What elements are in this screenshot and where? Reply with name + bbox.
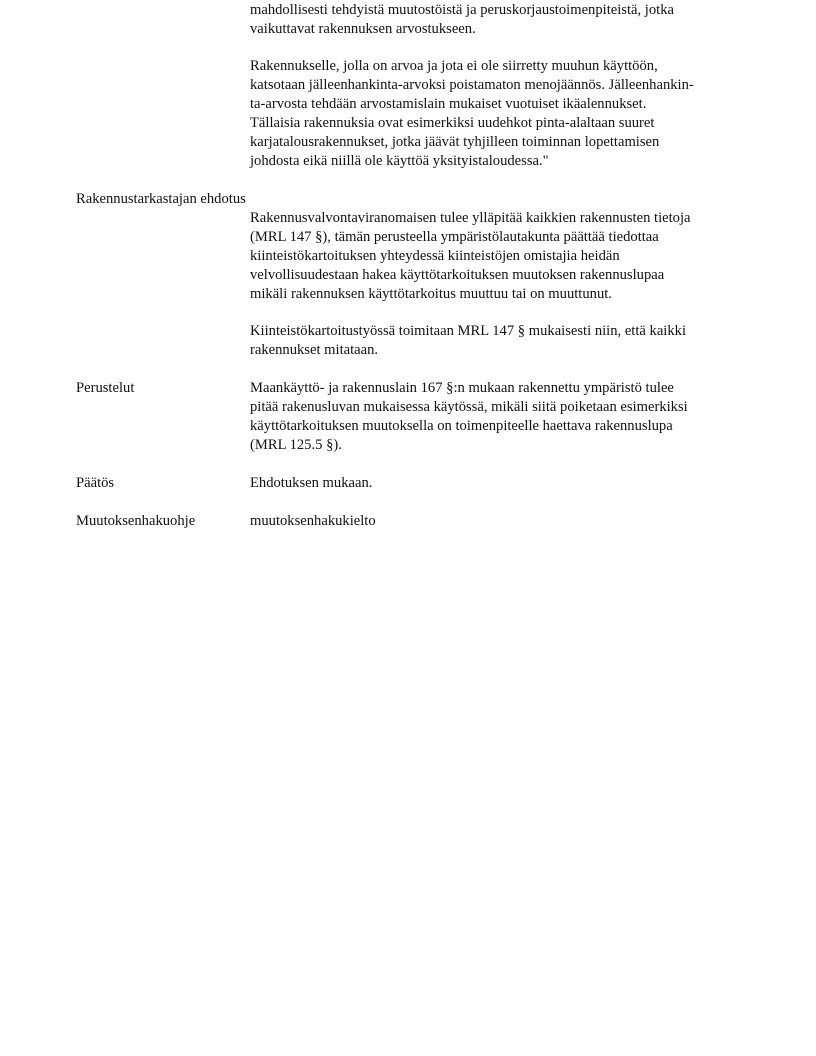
text-line: Rakennukselle, jolla on arvoa ja jota ei… xyxy=(250,57,750,76)
text-line: karjatalousrakennukset, jotka jäävät tyh… xyxy=(250,133,750,152)
quote-paragraph: Rakennukselle, jolla on arvoa ja jota ei… xyxy=(250,57,750,171)
section-label-appeal: Muutoksenhakuohje xyxy=(76,512,195,531)
text-line: ta-arvosta tehdään arvostamislain mukais… xyxy=(250,95,750,114)
section-label-decision: Päätös xyxy=(76,474,114,493)
text-line: kiinteistökartoituksen yhteydessä kiinte… xyxy=(250,247,750,266)
text-line: katsotaan jälleenhankinta-arvoksi poista… xyxy=(250,76,750,95)
text-line: (MRL 147 §), tämän perusteella ympäristö… xyxy=(250,228,750,247)
text-line: Kiinteistökartoitustyössä toimitaan MRL … xyxy=(250,322,750,341)
text-line: mikäli rakennuksen käyttötarkoitus muutt… xyxy=(250,285,750,304)
text-line: Rakennusvalvontaviranomaisen tulee ylläp… xyxy=(250,209,750,228)
text-line: Maankäyttö- ja rakennuslain 167 §:n muka… xyxy=(250,379,750,398)
grounds-paragraph: Maankäyttö- ja rakennuslain 167 §:n muka… xyxy=(250,379,750,455)
text-line: mahdollisesti tehdyistä muutostöistä ja … xyxy=(250,1,750,20)
text-line: pitää rakenusluvan mukaisessa käytössä, … xyxy=(250,398,750,417)
continuation-paragraph: mahdollisesti tehdyistä muutostöistä ja … xyxy=(250,1,750,39)
decision-text: Ehdotuksen mukaan. xyxy=(250,474,750,493)
proposal-paragraph-1: Rakennusvalvontaviranomaisen tulee ylläp… xyxy=(250,209,750,304)
document-page: mahdollisesti tehdyistä muutostöistä ja … xyxy=(0,0,816,1056)
section-label-proposal: Rakennustarkastajan ehdotus xyxy=(76,190,246,209)
text-line: johdosta eikä niillä ole käyttöä yksityi… xyxy=(250,152,750,171)
text-line: Tällaisia rakennuksia ovat esimerkiksi u… xyxy=(250,114,750,133)
appeal-text: muutoksenhakukielto xyxy=(250,512,750,531)
text-line: velvollisuudestaan hakea käyttötarkoituk… xyxy=(250,266,750,285)
text-line: vaikuttavat rakennuksen arvostukseen. xyxy=(250,20,750,39)
text-line: käyttötarkoituksen muutoksella on toimen… xyxy=(250,417,750,436)
text-line: rakennukset mitataan. xyxy=(250,341,750,360)
proposal-paragraph-2: Kiinteistökartoitustyössä toimitaan MRL … xyxy=(250,322,750,360)
text-line: (MRL 125.5 §). xyxy=(250,436,750,455)
section-label-grounds: Perustelut xyxy=(76,379,134,398)
